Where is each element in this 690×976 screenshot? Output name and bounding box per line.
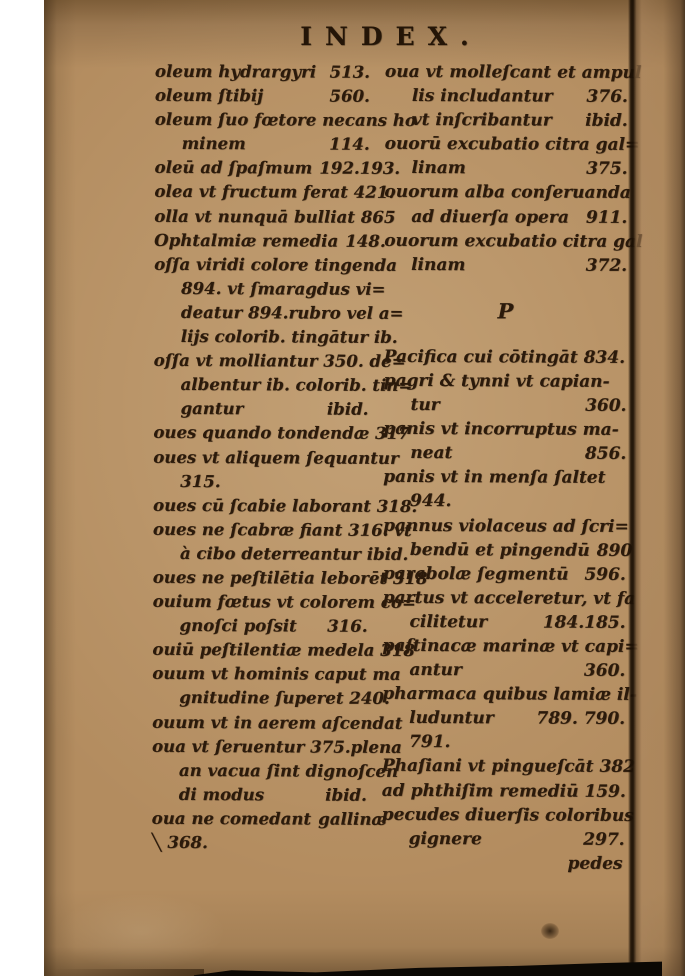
entry-text: gnitudine ſuperet 240. [179, 685, 390, 710]
index-entry-line: oſſa vt molliantur 350. de= [154, 348, 369, 373]
index-entry-line: oua ne comedantgallinæ [152, 806, 367, 831]
entry-text: oſſa vt molliantur 350. de= [154, 348, 406, 373]
ink-blot [541, 923, 559, 939]
entry-page-number: 596. [584, 562, 626, 586]
index-entry-line: luduntur789. 790. [382, 706, 625, 731]
entry-text: ouum vt in aerem aſcendat [152, 709, 402, 734]
entry-text: panis vt incorruptus ma- [383, 417, 618, 442]
entry-text: 315. [180, 469, 221, 493]
entry-text: gantur [180, 396, 243, 420]
entry-text: partus vt acceleretur, vt fa [383, 586, 636, 611]
entry-text: cilitetur [409, 610, 487, 634]
entry-text: oſſa viridi colore tingenda [154, 252, 397, 277]
index-entry-line: oua vt ſeruentur 375.plena [152, 733, 367, 758]
entry-page-number: 856. [585, 442, 627, 466]
entry-text: minem [182, 131, 246, 155]
index-entry-line: à cibo deterreantur ibid. [153, 541, 368, 566]
catchword: pedes [381, 851, 624, 876]
bottom-shadow [54, 969, 204, 976]
entry-text: olea vt fructum ferat 421. [154, 179, 394, 204]
index-entry-line: ouorū excubatio citra gal= [385, 132, 628, 157]
entry-page-number: 376. [586, 85, 628, 109]
index-entry-line: minem114. [155, 131, 370, 156]
entry-text: ad phthiſim remediū 159. [382, 778, 626, 803]
entry-text: panis vt in menſa ſaltet [383, 465, 605, 490]
index-entry-line: pagri & tynni vt capian- [384, 369, 627, 394]
index-column-left: oleum hydrargyri513.oleum ſtibij560.oleu… [152, 59, 370, 855]
entry-text: luduntur [409, 706, 494, 730]
index-entry-line: ouium fœtus vt colorem co= [153, 589, 368, 614]
scan-bottom-edge [194, 961, 662, 976]
entry-text: di modus [179, 782, 264, 806]
index-entry-line: ouum vt hominis caput ma [152, 661, 367, 686]
index-entry-line: gignere297. [382, 827, 625, 852]
index-entry-line: vt inſcribanturibid. [385, 108, 628, 133]
entry-text: paſtinacæ marinæ vt capi= [382, 634, 638, 659]
entry-text: antur [409, 658, 462, 682]
index-entry-line: ouum vt in aerem aſcendat [152, 709, 367, 734]
entry-text: 944. [410, 489, 452, 513]
entry-text: albentur ib. colorib. tin= [181, 372, 413, 397]
entry-text: à cibo deterreantur ibid. [180, 541, 409, 566]
entry-text: vt inſcribantur [412, 108, 552, 133]
entry-text: tur [410, 393, 439, 417]
entry-page-number: 375. [586, 157, 628, 181]
section-letter: P [384, 299, 627, 324]
entry-text: Phaſiani vt pingueſcāt 382 [382, 754, 635, 779]
entry-text: pecudes diuerſis coloribus [382, 802, 634, 827]
entry-text: pharmaca quibus lamiæ il- [382, 682, 637, 707]
entry-page-number: 360. [584, 659, 626, 683]
index-entry-line: oleum ſtibij560. [155, 83, 370, 108]
index-entry-line: oua vt molleſcant et ampul [385, 60, 628, 85]
entry-text: ouorum excubatio citra gal [384, 229, 642, 254]
entry-page-number: 513. [329, 60, 370, 84]
index-entry-line: lis includantur376. [385, 84, 628, 109]
index-entry-line: cilitetur184.185. [382, 610, 625, 635]
index-entry-line: partus vt acceleretur, vt fa [383, 586, 626, 611]
index-entry-line: ouiū peſtilentiæ medela 318 [152, 637, 367, 662]
entry-text: parabolæ ſegmentū [383, 562, 569, 587]
page-heading: INDEX. [155, 22, 627, 51]
index-entry-line: di modusibid. [152, 782, 367, 807]
entry-page-number: 360. [585, 394, 627, 418]
index-entry-line: ad diuerſa opera911. [384, 204, 627, 229]
entry-text: linam [411, 253, 465, 277]
entry-text: deatur 894.rubro vel a= [181, 300, 404, 325]
entry-text: 791. [409, 730, 451, 754]
index-entry-line: neat856. [383, 441, 626, 466]
index-entry-line: gnoſci poſsit316. [152, 613, 367, 638]
index-entry-line: olea vt fructum ferat 421. [154, 179, 369, 204]
entry-text: ouiū peſtilentiæ medela 318 [152, 637, 415, 662]
index-entry-line: olla vt nunquā bulliat 865 [154, 203, 369, 228]
index-entry-line: an vacua ſint dignoſcen [152, 758, 367, 783]
index-entry-line: bendū et pingendū890 [383, 537, 626, 562]
index-entry-line: ouorum excubatio citra gal [384, 229, 627, 254]
entry-text: oua vt ſeruentur 375.plena [152, 733, 402, 758]
index-entry-line: ouorum alba conſeruanda [384, 180, 627, 205]
entry-text: P [497, 298, 513, 323]
entry-page-number: 184.185. [543, 610, 626, 634]
entry-page-number: 560. [329, 84, 370, 108]
index-entry-line: pharmaca quibus lamiæ il- [382, 682, 625, 707]
entry-page-number: ibid. [585, 109, 628, 133]
entry-text: ouorum alba conſeruanda [384, 180, 630, 205]
entry-text: ╲ 368. [152, 830, 208, 854]
entry-page-number: ibid. [325, 782, 367, 806]
index-entry-line: oues quando tondendæ 317 [153, 420, 368, 445]
entry-text: lis includantur [412, 84, 553, 109]
index-entry-line: Pacifica cui cōtingāt 834. [384, 345, 627, 370]
index-entry-line: panis vt in menſa ſaltet [383, 465, 626, 490]
index-entry-line: linam372. [384, 253, 627, 278]
entry-page-number: 148. [345, 228, 386, 252]
entry-page-number: 297. [583, 827, 625, 851]
entry-text: linam [411, 156, 465, 180]
index-entry-line: paſtinacæ marinæ vt capi= [382, 634, 625, 659]
entry-text: pedes [567, 853, 622, 873]
index-entry-line: ╲ 368. [152, 830, 367, 855]
index-entry-line: gnitudine ſuperet 240. [152, 685, 367, 710]
entry-text: neat [410, 441, 452, 465]
paper-stain [56, 893, 226, 971]
index-entry-line: 315. [153, 468, 368, 493]
index-entry-line: 894. vt ſmaragdus vi= [154, 276, 369, 301]
index-entry-line: panis vt incorruptus ma- [383, 417, 626, 442]
entry-text: an vacua ſint dignoſcen [179, 758, 398, 783]
entry-text: oues vt aliquem ſequantur [153, 444, 399, 469]
index-entry-line: 791. [382, 730, 625, 755]
index-entry-line: ganturibid. [153, 396, 368, 421]
entry-text: ouium fœtus vt colorem co= [153, 589, 416, 614]
entry-text: ouorū excubatio citra gal= [385, 132, 640, 157]
entry-text: lijs colorib. tingātur ib. [181, 324, 398, 349]
index-entry-line: lijs colorib. tingātur ib. [154, 324, 369, 349]
entry-text: oleum ſuo fœtore necans ho [155, 107, 416, 132]
index-entry-line: tur360. [383, 393, 626, 418]
entry-page-number: 911. [586, 205, 628, 229]
entry-text: bendū et pingendū [410, 538, 590, 563]
index-entry-line: deatur 894.rubro vel a= [154, 300, 369, 325]
index-entry-line: oues ne ſcabræ fiant 316. vt [153, 517, 368, 542]
entry-text: oua ne comedant [152, 806, 312, 831]
index-entry-line: albentur ib. colorib. tin= [154, 372, 369, 397]
entry-text: olla vt nunquā bulliat 865 [154, 203, 395, 228]
entry-text: Ophtalmiæ remedia [154, 228, 338, 253]
entry-text: pagri & tynni vt capian- [384, 369, 610, 394]
entry-text: oleum ſtibij [155, 83, 263, 108]
index-entry-line: ad phthiſim remediū 159. [382, 778, 625, 803]
index-entry-line: antur360. [382, 658, 625, 683]
entry-text: gnoſci poſsit [179, 613, 296, 638]
entry-text: ouum vt hominis caput ma [152, 661, 400, 686]
entry-page-number: 890 [597, 538, 633, 562]
page-fold-edge [628, 0, 685, 976]
entry-text: ad diuerſa opera [411, 205, 569, 230]
index-entry-line: 944. [383, 489, 626, 514]
entry-page-number: ibid. [327, 397, 369, 421]
index-entry-line: oleum hydrargyri513. [155, 59, 370, 84]
index-entry-line: oues cū ſcabie laborant 318. [153, 493, 368, 518]
entry-text: oleū ad ſpaſmum [154, 155, 312, 180]
index-entry-line: linam375. [384, 156, 627, 181]
index-text-block: oleum hydrargyri513.oleum ſtibij560.oleu… [155, 59, 675, 61]
index-entry-line: oleum ſuo fœtore necans ho [155, 107, 370, 132]
index-entry-line: pecudes diuerſis coloribus [382, 802, 625, 827]
index-entry-line: oſſa viridi colore tingenda [154, 252, 369, 277]
entry-text: oues ne ſcabræ fiant 316. vt [153, 517, 412, 542]
index-entry-line: Phaſiani vt pingueſcāt 382 [382, 754, 625, 779]
entry-page-number: 316. [327, 614, 368, 638]
entry-text: oleum hydrargyri [155, 59, 316, 84]
entry-text: gignere [409, 827, 482, 851]
entry-page-number: gallinæ [318, 806, 387, 830]
index-entry-line: Ophtalmiæ remedia148. [154, 228, 369, 253]
entry-text: oua vt molleſcant et ampul [385, 60, 642, 85]
index-entry-line: oleū ad ſpaſmum192.193. [154, 155, 369, 180]
index-entry-line: parabolæ ſegmentū596. [383, 562, 626, 587]
index-entry-line: oues vt aliquem ſequantur [153, 444, 368, 469]
entry-text: oues cū ſcabie laborant 318. [153, 493, 417, 518]
index-entry-line: oues ne peſtilētia leborēt 318 [153, 565, 368, 590]
entry-text: 894. vt ſmaragdus vi= [181, 276, 386, 301]
entry-page-number: 372. [586, 253, 628, 277]
index-column-right: oua vt molleſcant et ampullis includantu… [381, 60, 628, 876]
book-page-scan: INDEX. oleum hydrargyri513.oleum ſtibij5… [44, 0, 685, 976]
entry-page-number: 789. 790. [536, 707, 625, 731]
entry-text: Pacifica cui cōtingāt 834. [384, 345, 625, 370]
entry-text: pannus violaceus ad ſcri= [383, 513, 629, 538]
index-entry-line: pannus violaceus ad ſcri= [383, 513, 626, 538]
entry-page-number: 114. [329, 132, 370, 156]
entry-text: oues quando tondendæ 317 [153, 420, 409, 445]
